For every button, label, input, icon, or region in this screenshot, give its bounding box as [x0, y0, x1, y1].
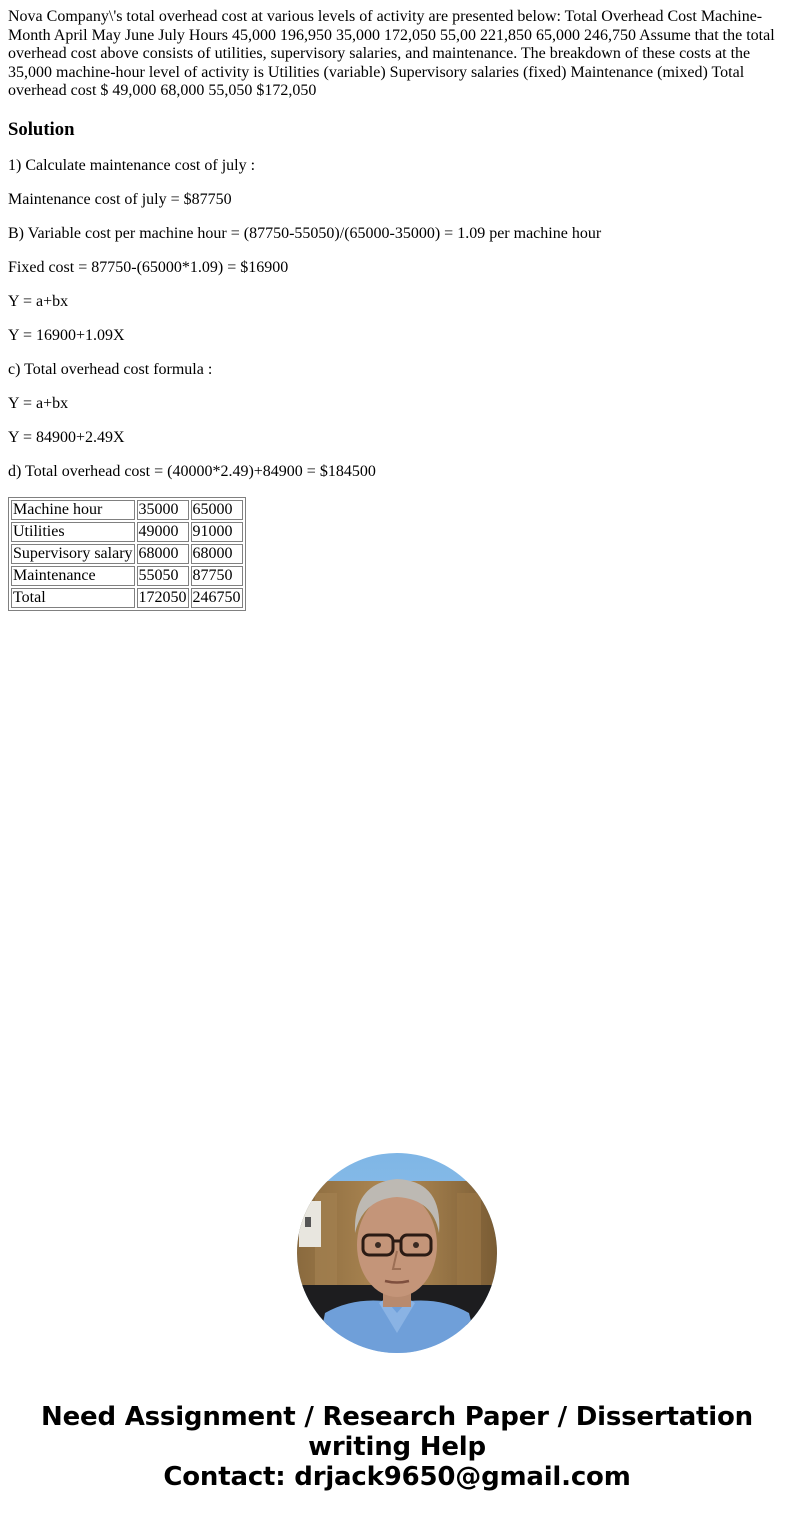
solution-heading: Solution [8, 119, 786, 141]
cell-value: 68000 [191, 544, 243, 564]
solution-steps: 1) Calculate maintenance cost of july : … [8, 157, 786, 481]
row-label: Utilities [11, 522, 135, 542]
promo-banner: Need Assignment / Research Paper / Disse… [0, 1402, 794, 1492]
solution-step: Y = a+bx [8, 395, 786, 413]
cell-value: 55050 [137, 566, 189, 586]
cell-value: 246750 [191, 588, 243, 608]
cell-value: 87750 [191, 566, 243, 586]
cell-value: 35000 [137, 500, 189, 520]
promo-contact: Contact: drjack9650@gmail.com [0, 1462, 794, 1492]
table-row: Supervisory salary 68000 68000 [11, 544, 243, 564]
cell-value: 172050 [137, 588, 189, 608]
row-label: Maintenance [11, 566, 135, 586]
cell-value: 49000 [137, 522, 189, 542]
row-label: Total [11, 588, 135, 608]
question-text: Nova Company\'s total overhead cost at v… [8, 8, 786, 101]
solution-step: Y = 84900+2.49X [8, 429, 786, 447]
cost-summary-table: Machine hour 35000 65000 Utilities 49000… [8, 497, 246, 611]
author-avatar [297, 1153, 497, 1353]
promo-line-1: Need Assignment / Research Paper / Disse… [0, 1402, 794, 1432]
solution-step: 1) Calculate maintenance cost of july : [8, 157, 786, 175]
solution-step: c) Total overhead cost formula : [8, 361, 786, 379]
table-row: Utilities 49000 91000 [11, 522, 243, 542]
row-label: Supervisory salary [11, 544, 135, 564]
table-row: Maintenance 55050 87750 [11, 566, 243, 586]
promo-line-2: writing Help [0, 1432, 794, 1462]
solution-step: d) Total overhead cost = (40000*2.49)+84… [8, 463, 786, 481]
solution-step: B) Variable cost per machine hour = (877… [8, 225, 786, 243]
cell-value: 91000 [191, 522, 243, 542]
cell-value: 68000 [137, 544, 189, 564]
row-label: Machine hour [11, 500, 135, 520]
document-body: Nova Company\'s total overhead cost at v… [0, 0, 794, 611]
solution-step: Y = 16900+1.09X [8, 327, 786, 345]
solution-step: Fixed cost = 87750-(65000*1.09) = $16900 [8, 259, 786, 277]
cell-value: 65000 [191, 500, 243, 520]
table-row: Total 172050 246750 [11, 588, 243, 608]
author-photo-icon [297, 1153, 497, 1353]
solution-step: Maintenance cost of july = $87750 [8, 191, 786, 209]
table-row: Machine hour 35000 65000 [11, 500, 243, 520]
solution-step: Y = a+bx [8, 293, 786, 311]
